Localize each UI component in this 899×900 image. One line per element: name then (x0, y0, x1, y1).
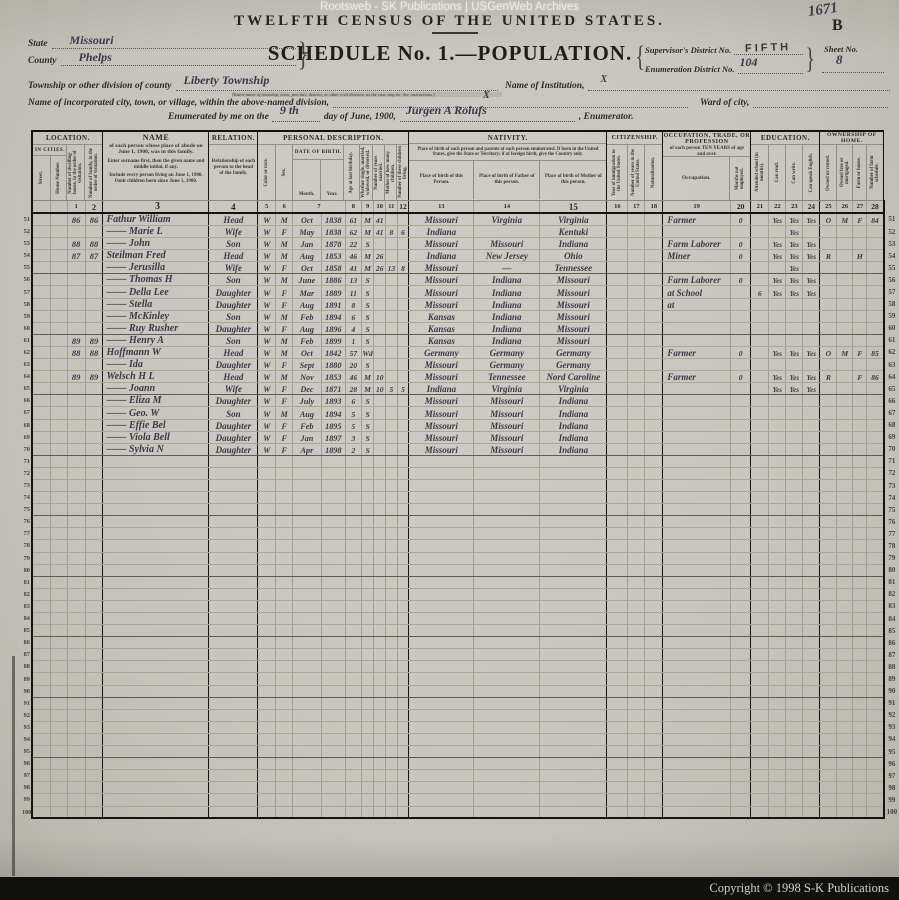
cell-st (32, 758, 50, 770)
line-number-right: 95 (884, 746, 899, 758)
cell-ma (361, 661, 374, 673)
cell-name: —— Della Lee (103, 286, 209, 298)
line-number-right: 67 (884, 407, 899, 419)
cell-mne (730, 613, 750, 625)
line-number-right: 84 (884, 613, 899, 625)
cell-rel: Daughter (209, 322, 258, 334)
dob-block: DATE OF BIRTH. Month. Year. (293, 145, 344, 200)
cell-mo (293, 455, 322, 467)
line-number-left: 92 (22, 709, 32, 721)
cell-mc: 8 (386, 226, 398, 238)
cell-mo (293, 552, 322, 564)
cell-c18 (645, 516, 663, 528)
cell-sch (751, 697, 769, 709)
cell-pm (540, 576, 607, 588)
col-label-farm-house: Farm or house. (857, 156, 862, 189)
cell-st (32, 310, 50, 322)
cell-ag: 62 (345, 226, 361, 238)
cell-ag: 11 (345, 286, 361, 298)
census-rows: 518686Fathur WilliamHeadWMOct183861M41Mi… (22, 213, 899, 818)
cell-sx (276, 564, 293, 576)
line-number-right: 99 (884, 794, 899, 806)
cell-own (820, 649, 837, 661)
cell-name: Fathur William (103, 213, 209, 226)
cell-fs (867, 746, 884, 758)
cell-wr (786, 419, 803, 431)
cell-fs (867, 733, 884, 745)
cell-cl (397, 661, 409, 673)
cell-pb (409, 733, 474, 745)
line-number-left: 54 (22, 250, 32, 262)
table-row: 66—— Eliza MDaughterWFJuly18936SMissouri… (22, 395, 899, 407)
cell-co (258, 516, 276, 528)
cell-name: —— Henry A (103, 334, 209, 346)
cell-ag: 57 (345, 346, 361, 358)
cell-mc (386, 431, 398, 443)
cell-yr (321, 516, 345, 528)
cell-pf (474, 226, 540, 238)
cell-cl (397, 371, 409, 383)
cell-dw: 87 (67, 250, 85, 262)
cell-fam (85, 226, 103, 238)
cell-co (258, 770, 276, 782)
table-row: 9797 (22, 770, 899, 782)
cell-ma: S (361, 419, 374, 431)
cell-en (803, 673, 820, 685)
cell-co (258, 492, 276, 504)
cell-c16 (607, 794, 628, 806)
cell-c18 (645, 334, 663, 346)
cell-ag (345, 528, 361, 540)
cell-ym (374, 782, 386, 794)
cell-mc: 5 (386, 383, 398, 395)
cell-sch (751, 334, 769, 346)
relation-note: Relationship of each person to the head … (209, 159, 257, 176)
cell-cl (397, 697, 409, 709)
cell-en: Yes (803, 346, 820, 358)
cell-name (103, 758, 209, 770)
cell-rel (209, 806, 258, 818)
state-value: Missouri (70, 33, 114, 48)
table-row: 9090 (22, 685, 899, 697)
cell-cl (397, 322, 409, 334)
cell-rel (209, 746, 258, 758)
cell-dw (67, 637, 85, 649)
cell-en (803, 588, 820, 600)
cell-c17 (628, 625, 645, 637)
cell-name (103, 746, 209, 758)
cell-mo (293, 661, 322, 673)
cell-mne (730, 758, 750, 770)
cell-ag (345, 600, 361, 612)
cell-rd (769, 310, 786, 322)
cell-mo: Nov (293, 371, 322, 383)
line-number-left: 65 (22, 383, 32, 395)
line-number-right: 85 (884, 625, 899, 637)
table-row: 70—— Sylvia NDaughterWFApr18982SMissouri… (22, 443, 899, 455)
cell-ag (345, 576, 361, 588)
group-ownership: OWNERSHIP OF HOME. Owned or rented. Owne… (820, 131, 884, 201)
cell-c18 (645, 443, 663, 455)
cell-hn (50, 250, 67, 262)
cell-mc (386, 782, 398, 794)
cell-mne (730, 359, 750, 371)
cell-c18 (645, 673, 663, 685)
cell-c18 (645, 250, 663, 262)
cell-c16 (607, 613, 628, 625)
cell-own (820, 746, 837, 758)
cell-c16 (607, 758, 628, 770)
cell-ym (374, 794, 386, 806)
cell-name: —— Thomas H (103, 274, 209, 286)
cell-en (803, 395, 820, 407)
cell-rel (209, 540, 258, 552)
cell-c17 (628, 262, 645, 274)
cell-own (820, 613, 837, 625)
district-close-brace: } (806, 44, 815, 74)
cell-co: W (258, 383, 276, 395)
cell-co (258, 528, 276, 540)
cell-sx (276, 806, 293, 818)
cell-occ (663, 552, 731, 564)
cell-fam (85, 262, 103, 274)
table-row: 9999 (22, 794, 899, 806)
line-number-left: 70 (22, 443, 32, 455)
cell-fh (853, 443, 867, 455)
cell-mo (293, 479, 322, 491)
cell-sch (751, 322, 769, 334)
cell-hn (50, 564, 67, 576)
institution-line: Name of Institution, X (505, 80, 890, 91)
cell-cl (397, 455, 409, 467)
cell-mne: 0 (730, 250, 750, 262)
cell-rd (769, 758, 786, 770)
cell-rd (769, 770, 786, 782)
cell-cl (397, 250, 409, 262)
cell-pf (474, 709, 540, 721)
cell-en (803, 564, 820, 576)
cell-dw (67, 383, 85, 395)
cell-ag (345, 733, 361, 745)
cell-mne: 0 (730, 213, 750, 226)
cell-st (32, 383, 50, 395)
cell-rd (769, 262, 786, 274)
cell-mne (730, 709, 750, 721)
cell-c17 (628, 661, 645, 673)
cell-ma: S (361, 310, 374, 322)
cell-en (803, 806, 820, 818)
table-row: 67—— Geo. WSonWMAug18945SMissouriMissour… (22, 407, 899, 419)
cell-fs (867, 528, 884, 540)
cell-cl: 8 (397, 262, 409, 274)
cell-mo: Feb (293, 419, 322, 431)
cell-fom (837, 359, 853, 371)
cell-c17 (628, 359, 645, 371)
cell-c16 (607, 359, 628, 371)
cell-mne: 0 (730, 238, 750, 250)
cell-cl (397, 564, 409, 576)
cell-cl (397, 528, 409, 540)
cell-sch (751, 637, 769, 649)
cell-ag (345, 637, 361, 649)
county-value: Phelps (79, 50, 112, 65)
cell-fam (85, 443, 103, 455)
cell-fs (867, 625, 884, 637)
institution-label: Name of Institution, (505, 81, 584, 91)
cell-sch (751, 794, 769, 806)
cell-co (258, 613, 276, 625)
cell-cl: 5 (397, 383, 409, 395)
cell-occ (663, 661, 731, 673)
cell-c16 (607, 637, 628, 649)
cell-c18 (645, 806, 663, 818)
cell-ma: M (361, 262, 374, 274)
cell-st (32, 540, 50, 552)
occupation-subtitle: of each person TEN YEARS of age and over… (663, 146, 750, 158)
cell-sch (751, 407, 769, 419)
cell-sch (751, 359, 769, 371)
cell-en (803, 504, 820, 516)
cell-hn (50, 746, 67, 758)
cell-own (820, 733, 837, 745)
cell-name (103, 806, 209, 818)
line-number-left: 94 (22, 733, 32, 745)
cell-fom (837, 625, 853, 637)
cell-pb (409, 782, 474, 794)
cell-own (820, 322, 837, 334)
cell-wr: Yes (786, 383, 803, 395)
cell-hn (50, 697, 67, 709)
cell-mc (386, 334, 398, 346)
cell-dw (67, 625, 85, 637)
cell-fom (837, 758, 853, 770)
cell-wr (786, 334, 803, 346)
cell-hn (50, 600, 67, 612)
cell-pm: Indiana (540, 431, 607, 443)
location-subcolumns: IN CITIES. Street. House Number. Number … (33, 145, 102, 200)
cell-fh (853, 782, 867, 794)
cell-own (820, 492, 837, 504)
line-number-left: 78 (22, 540, 32, 552)
name-note-3: Include every person living on June 1, 1… (103, 173, 208, 185)
cell-mc (386, 213, 398, 226)
cell-rd (769, 455, 786, 467)
cell-mc (386, 733, 398, 745)
cell-c16 (607, 238, 628, 250)
cell-yr (321, 649, 345, 661)
line-number-right: 59 (884, 310, 899, 322)
cell-occ (663, 467, 731, 479)
cell-fs: 86 (867, 371, 884, 383)
cell-occ (663, 588, 731, 600)
cell-occ (663, 649, 731, 661)
cell-cl (397, 310, 409, 322)
table-row: 55—— JerusillaWifeWFOct185841M26138Misso… (22, 262, 899, 274)
cell-ag (345, 721, 361, 733)
cell-mo: Jan (293, 238, 322, 250)
cell-yr (321, 600, 345, 612)
cell-fh (853, 226, 867, 238)
cell-co: W (258, 419, 276, 431)
cell-pf (474, 552, 540, 564)
cell-occ (663, 528, 731, 540)
occupation-subcolumns: Occupation. Months not employed. (663, 157, 750, 200)
cell-pf: Missouri (474, 238, 540, 250)
cell-fs (867, 504, 884, 516)
cell-en (803, 492, 820, 504)
cell-en (803, 322, 820, 334)
cell-occ (663, 492, 731, 504)
cell-c17 (628, 504, 645, 516)
cell-pb (409, 600, 474, 612)
cell-occ (663, 576, 731, 588)
state-line: State Missouri (28, 38, 296, 49)
cell-c18 (645, 322, 663, 334)
cell-name (103, 467, 209, 479)
cell-ma (361, 637, 374, 649)
cell-cl (397, 213, 409, 226)
cell-ma: S (361, 286, 374, 298)
state-underline: Missouri (52, 38, 296, 49)
group-personal-description: PERSONAL DESCRIPTION. Color or race. Sex… (258, 131, 409, 201)
cell-en (803, 528, 820, 540)
cell-fs (867, 467, 884, 479)
cell-mne (730, 431, 750, 443)
cell-c18 (645, 552, 663, 564)
cell-own (820, 528, 837, 540)
cell-mo (293, 528, 322, 540)
cell-pb: Missouri (409, 419, 474, 431)
cell-cl (397, 806, 409, 818)
cell-cl (397, 625, 409, 637)
cell-rd (769, 721, 786, 733)
cell-own: O (820, 213, 837, 226)
cell-fam (85, 709, 103, 721)
cell-fam (85, 613, 103, 625)
line-number-left: 80 (22, 564, 32, 576)
cell-sch (751, 395, 769, 407)
cell-mo (293, 600, 322, 612)
cell-pb: Indiana (409, 226, 474, 238)
cell-pb: Indiana (409, 383, 474, 395)
cell-occ (663, 395, 731, 407)
line-number-right: 88 (884, 661, 899, 673)
col-label-month: Month. (297, 192, 317, 198)
cell-ma: M (361, 213, 374, 226)
cell-mne (730, 806, 750, 818)
cell-c16 (607, 407, 628, 419)
cell-own (820, 721, 837, 733)
personal-subcolumns: Color or race. Sex. DATE OF BIRTH. Month… (258, 145, 408, 200)
cell-fh (853, 685, 867, 697)
cell-yr (321, 782, 345, 794)
line-number-left: 81 (22, 576, 32, 588)
cell-cl (397, 770, 409, 782)
cell-yr: 1853 (321, 250, 345, 262)
cell-sx: F (276, 226, 293, 238)
citizenship-title: CITIZENSHIP. (607, 132, 662, 145)
cell-hn (50, 492, 67, 504)
cell-fam (85, 625, 103, 637)
cell-pf: Indiana (474, 298, 540, 310)
cell-c18 (645, 479, 663, 491)
cell-sch (751, 588, 769, 600)
cell-sx: M (276, 334, 293, 346)
cell-hn (50, 685, 67, 697)
cell-fam (85, 552, 103, 564)
line-number-right: 93 (884, 721, 899, 733)
cell-co: W (258, 262, 276, 274)
col-label-color-race: Color or race. (264, 157, 269, 187)
cell-mne (730, 637, 750, 649)
cell-sch (751, 733, 769, 745)
cell-pb: Missouri (409, 274, 474, 286)
cell-fs (867, 310, 884, 322)
cell-rd (769, 564, 786, 576)
cell-mc (386, 576, 398, 588)
cell-en (803, 600, 820, 612)
cell-ym (374, 649, 386, 661)
cell-fom (837, 697, 853, 709)
cell-cl (397, 552, 409, 564)
cell-sx: F (276, 322, 293, 334)
cell-pf: Indiana (474, 310, 540, 322)
title-divider (432, 32, 478, 34)
cell-hn (50, 407, 67, 419)
cell-c18 (645, 588, 663, 600)
cell-rel (209, 552, 258, 564)
cell-ym (374, 564, 386, 576)
cell-rd (769, 576, 786, 588)
cell-pb (409, 564, 474, 576)
cell-co (258, 709, 276, 721)
cell-wr (786, 613, 803, 625)
cell-sx (276, 770, 293, 782)
cell-sx (276, 709, 293, 721)
cell-cl (397, 238, 409, 250)
cell-c16 (607, 455, 628, 467)
cell-rel (209, 637, 258, 649)
cell-ag: 41 (345, 262, 361, 274)
day-underline: 9 th (272, 111, 320, 122)
cell-fh (853, 407, 867, 419)
cell-wr: Yes (786, 262, 803, 274)
cell-yr (321, 746, 345, 758)
cell-pb (409, 746, 474, 758)
line-number-left: 82 (22, 588, 32, 600)
cell-pm: Missouri (540, 334, 607, 346)
cell-pf: Missouri (474, 443, 540, 455)
cell-rd: Yes (769, 274, 786, 286)
cell-occ: Farmer (663, 371, 731, 383)
table-row: 8484 (22, 613, 899, 625)
cell-rel: Daughter (209, 395, 258, 407)
cell-pf (474, 540, 540, 552)
cell-fs (867, 492, 884, 504)
cell-own: O (820, 346, 837, 358)
population-schedule-table: LOCATION. IN CITIES. Street. House Numbe… (22, 130, 899, 819)
col-label-family-number: Number of family, in the order of visita… (89, 145, 99, 200)
cell-fh (853, 637, 867, 649)
cell-pf (474, 576, 540, 588)
cell-fom (837, 226, 853, 238)
cell-wr (786, 431, 803, 443)
cell-ym (374, 697, 386, 709)
margin-spacer (884, 131, 899, 201)
cell-mc (386, 443, 398, 455)
colnum-owned: 25 (820, 201, 837, 214)
table-row: 7373 (22, 479, 899, 491)
